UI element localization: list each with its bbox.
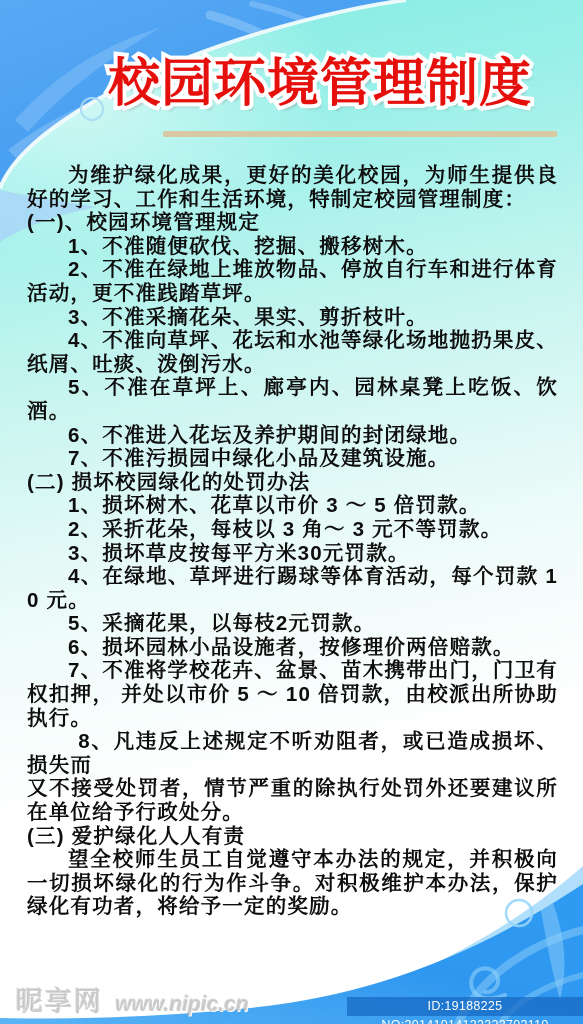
penalty-item: 3、损坏草皮按每平方米30元罚款。 bbox=[27, 542, 558, 566]
nipic-logo: 昵享网 bbox=[16, 987, 103, 1017]
image-id-bar: ID:19188225 NO:20141014122322702110 bbox=[347, 997, 583, 1016]
rule-item: 3、不准采摘花朵、果实、剪折枝叶。 bbox=[27, 306, 558, 330]
penalty-item: 7、不准将学校花卉、盆景、苗木携带出门，门卫有权扣押， 并处以市价 5 ～ 10… bbox=[27, 659, 558, 730]
section-3-heading: (三) 爱护绿化人人有责 bbox=[27, 825, 558, 849]
section-1-heading: (一)、校园环境管理规定 bbox=[27, 211, 558, 235]
watermark-url: www.nipic.cn bbox=[115, 993, 248, 1016]
poster-title: 校园环境管理制度 bbox=[108, 54, 528, 114]
penalty-item: 8、凡违反上述规定不听劝阻者，或已造成损坏、损失而 bbox=[27, 730, 558, 777]
regulations-text: 为维护绿化成果，更好的美化校园，为师生提供良好的学习、工作和生活环境，特制定校园… bbox=[27, 164, 558, 919]
watermark: 昵享网 www.nipic.cn bbox=[16, 980, 249, 1019]
rule-item: 4、不准向草坪、花坛和水池等绿化场地抛扔果皮、纸屑、吐痰、泼倒污水。 bbox=[27, 329, 558, 376]
penalty-item: 5、采摘花果，以每枝2元罚款。 bbox=[27, 612, 558, 636]
penalty-item-continuation: 又不接受处罚者，情节严重的除执行处罚外还要建议所在单位给予行政处分。 bbox=[27, 777, 558, 824]
title-divider bbox=[163, 131, 557, 137]
rule-item: 5、不准在草坪上、廊亭内、园林桌凳上吃饭、饮酒。 bbox=[27, 376, 558, 423]
penalty-item: 1、损坏树木、花草以市价 3 ～ 5 倍罚款。 bbox=[27, 494, 558, 518]
penalty-item: 4、在绿地、草坪进行踢球等体育活动，每个罚款 10 元。 bbox=[27, 565, 558, 612]
penalty-item: 2、采折花朵，每枝以 3 角～ 3 元不等罚款。 bbox=[27, 518, 558, 542]
section-2-heading: (二) 损坏校园绿化的处罚办法 bbox=[27, 471, 558, 495]
penalty-item: 6、损坏园林小品设施者，按修理价两倍赔款。 bbox=[27, 636, 558, 660]
circle-ring-ornament-top bbox=[81, 98, 103, 120]
intro-paragraph: 为维护绿化成果，更好的美化校园，为师生提供良好的学习、工作和生活环境，特制定校园… bbox=[27, 164, 558, 211]
poster-canvas: 校园环境管理制度 为维护绿化成果，更好的美化校园，为师生提供良好的学习、工作和生… bbox=[0, 0, 583, 1024]
rule-item: 1、不准随便砍伐、挖掘、搬移树木。 bbox=[27, 235, 558, 259]
rule-item: 7、不准污损园中绿化小品及建筑设施。 bbox=[27, 447, 558, 471]
closing-paragraph: 望全校师生员工自觉遵守本办法的规定，并积极向一切损坏绿化的行为作斗争。对积极维护… bbox=[27, 848, 558, 919]
rule-item: 2、不准在绿地上堆放物品、停放自行车和进行体育活动，更不准践踏草坪。 bbox=[27, 258, 558, 305]
rule-item: 6、不准进入花坛及养护期间的封闭绿地。 bbox=[27, 424, 558, 448]
